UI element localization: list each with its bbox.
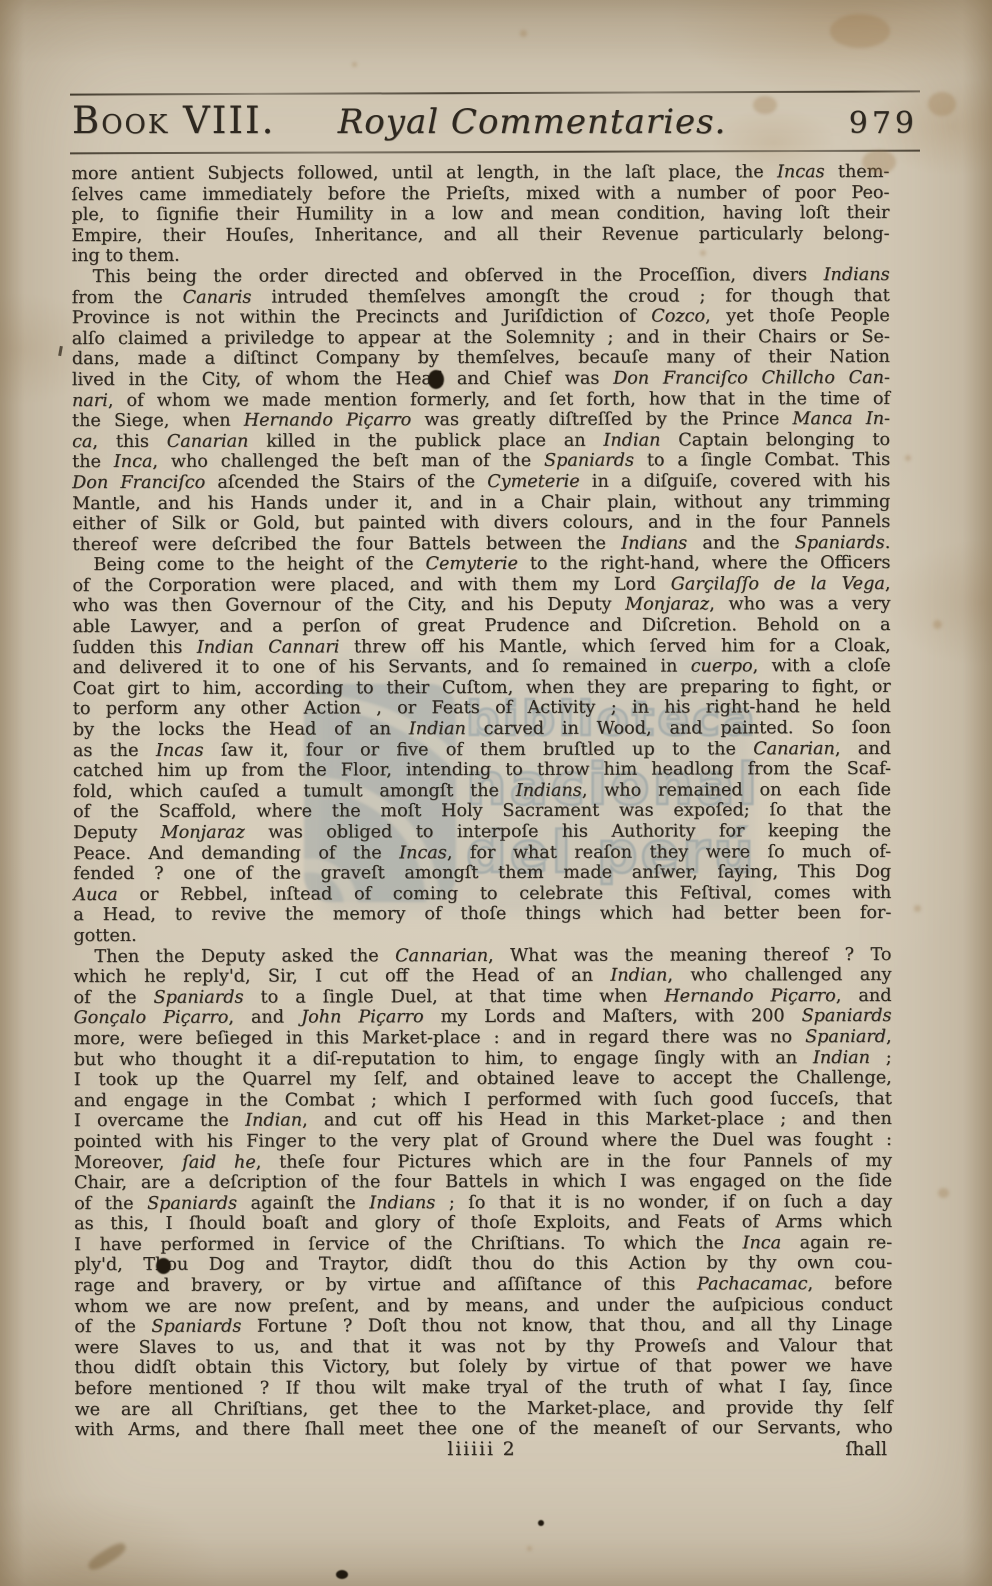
foxing-spot xyxy=(905,455,911,461)
text-line: Auca or Rebbel, inſtead of coming to cel… xyxy=(73,883,891,906)
text-line: Mantle, and his Hands under it, and in a… xyxy=(72,491,890,514)
text-line: as the Incas ſaw it, four or five of the… xyxy=(73,739,891,762)
text-line: more antient Subjects followed, until at… xyxy=(71,162,889,185)
catchline: liiiii 2 ſhall xyxy=(73,1439,891,1463)
paragraph: This being the order directed and obſerv… xyxy=(72,265,891,555)
paragraph: Being come to the height of the Cemyteri… xyxy=(72,553,891,946)
text-line: whom we are now preſent, and by means, a… xyxy=(74,1295,892,1318)
foxing-spot xyxy=(938,1188,949,1198)
text-line: we are all Chriſtians, get thee to the M… xyxy=(75,1398,893,1421)
text-line: with Arms, and there ſhall meet thee one… xyxy=(75,1418,893,1441)
text-line: catched him up from the Floor, intending… xyxy=(73,759,891,782)
text-line: Chair, are a deſcription of the four Bat… xyxy=(74,1171,892,1194)
text-line: from the Canaris intruded themſelves amo… xyxy=(72,285,890,308)
signature-mark: liiiii 2 xyxy=(73,1439,891,1460)
text-line: This being the order directed and obſerv… xyxy=(72,265,890,288)
text-line: ing to them. xyxy=(72,244,890,267)
text-line: Then the Deputy asked the Cannarian, Wha… xyxy=(73,944,891,967)
text-line: ple, to ſignifie their Humility in a low… xyxy=(71,203,889,226)
foxing-spot xyxy=(830,14,890,48)
text-line: gotten. xyxy=(73,924,891,947)
text-line: Coat girt to him, according to their Cuſ… xyxy=(73,677,891,700)
text-line: Empire, their Houſes, Inheritance, and a… xyxy=(71,224,889,247)
text-line: before mentioned ? If thou wilt make try… xyxy=(75,1377,893,1400)
foxing-spot xyxy=(352,62,357,67)
header-rule-top xyxy=(70,90,920,96)
text-line: Peace. And demanding of the Incas, for w… xyxy=(73,842,891,865)
foxing-spot xyxy=(520,30,527,37)
text-line: Province is not within the Precincts and… xyxy=(72,306,890,329)
book-page: biblioteca nacional del perú Book VIII. … xyxy=(0,0,992,1586)
ink-blot xyxy=(336,1570,348,1579)
ink-blot xyxy=(538,1520,544,1526)
text-line: Don Franciſco aſcended the Stairs of the… xyxy=(72,471,890,494)
text-line: rage and bravery, or by virtue and aſſiſ… xyxy=(74,1274,892,1297)
book-label: Book VIII. xyxy=(72,99,275,142)
text-line: of the Corporation were placed, and with… xyxy=(72,574,890,597)
text-line: ca, this Canarian killed in the publick … xyxy=(72,430,890,453)
text-line: as this, I ſhould boaſt and glory of tho… xyxy=(74,1212,892,1235)
text-line: nari, of whom we made mention formerly, … xyxy=(72,388,890,411)
page-number: 979 xyxy=(849,106,918,141)
catchword: ſhall xyxy=(845,1439,887,1460)
text-line: Being come to the height of the Cemyteri… xyxy=(72,553,890,576)
text-line: ſudden this Indian Cannari threw off his… xyxy=(73,636,891,659)
text-line: of the Spaniards to a ſingle Duel, at th… xyxy=(73,986,891,1009)
text-line: ſelves came immediately before the Prieſ… xyxy=(71,183,889,206)
text-line: and delivered it to one of his Servants,… xyxy=(73,656,891,679)
stain-smudge xyxy=(86,1540,129,1573)
foxing-spot xyxy=(527,1546,532,1551)
text-line: Deputy Monjaraz was obliged to interpoſe… xyxy=(73,821,891,844)
paragraph: Then the Deputy asked the Cannarian, Wha… xyxy=(73,944,892,1440)
text-line: but who thought it a diſ-reputation to h… xyxy=(74,1047,892,1070)
text-line: I took up the Quarrel my ſelf, and obtai… xyxy=(74,1068,892,1091)
text-line: fold, which cauſed a tumult amongſt the … xyxy=(73,780,891,803)
text-line: I have performed in ſervice of the Chriſ… xyxy=(74,1233,892,1256)
text-line: to perform any other Action , or Feats o… xyxy=(73,697,891,720)
text-line: more, were beſieged in this Market-place… xyxy=(74,1027,892,1050)
text-line: by the locks the Head of an Indian carve… xyxy=(73,718,891,741)
text-line: were Slaves to us, and that it was not b… xyxy=(74,1336,892,1359)
text-line: the Siege, when Hernando Piçarro was gre… xyxy=(72,409,890,432)
text-line: who was then Governour of the City, and … xyxy=(72,594,890,617)
text-line: able Lawyer, and a perſon of great Prude… xyxy=(73,615,891,638)
margin-mark xyxy=(58,346,63,356)
running-header: Book VIII. Royal Commentaries. 979 xyxy=(72,99,918,142)
text-line: Moreover, ſaid he, theſe four Pictures w… xyxy=(74,1150,892,1173)
text-line: I overcame the Indian, and cut off his H… xyxy=(74,1109,892,1132)
text-line: which he reply'd, Sir, I cut off the Hea… xyxy=(73,965,891,988)
foxing-spot xyxy=(928,92,956,116)
header-rule-bottom xyxy=(70,150,920,154)
text-line: a Head, to revive the memory of thoſe th… xyxy=(73,903,891,926)
text-line: of the Spaniards againſt the Indians ; ſ… xyxy=(74,1192,892,1215)
page-body: more antient Subjects followed, until at… xyxy=(71,162,892,1441)
foxing-spot xyxy=(933,620,942,629)
text-line: lived in the City, of whom the Head and … xyxy=(72,368,890,391)
paragraph: more antient Subjects followed, until at… xyxy=(71,162,889,267)
text-line: dans, made a diſtinct Company by themſel… xyxy=(72,347,890,370)
text-line: the Inca, who challenged the beſt man of… xyxy=(72,450,890,473)
text-line: alſo claimed a priviledge to appear at t… xyxy=(72,327,890,350)
text-line: ply'd, Thou Dog and Traytor, didſt thou … xyxy=(74,1253,892,1276)
text-line: thereof were deſcribed the four Battels … xyxy=(72,533,890,556)
text-line: and engage in the Combat ; which I perfo… xyxy=(74,1089,892,1112)
text-line: fended ? one of the graveſt amongſt them… xyxy=(73,862,891,885)
foxing-spot xyxy=(914,905,921,912)
text-line: Gonçalo Piçarro, and John Piçarro my Lor… xyxy=(74,1006,892,1029)
text-line: thou didſt obtain this Victory, but ſole… xyxy=(74,1356,892,1379)
text-line: either of Silk or Gold, but painted with… xyxy=(72,512,890,535)
text-line: pointed with his Finger to the very plat… xyxy=(74,1130,892,1153)
text-line: of the Scaffold, where the moſt Holy Sac… xyxy=(73,800,891,823)
text-line: of the Spaniards Fortune ? Doſt thou not… xyxy=(74,1315,892,1338)
page-title: Royal Commentaries. xyxy=(275,102,848,142)
